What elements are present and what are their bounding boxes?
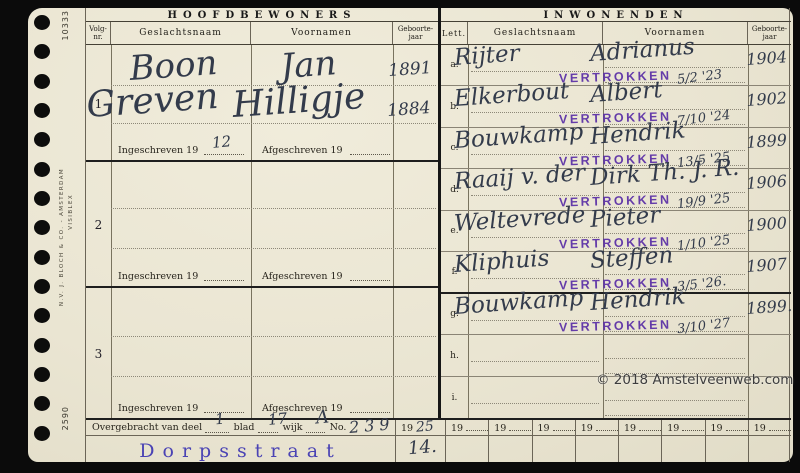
register-card-scan: 10333 N.V. J. BLOCH & CO. - AMSTERDAM VI… xyxy=(28,8,793,462)
dotted-leader xyxy=(509,423,531,431)
punch-hole xyxy=(34,426,50,441)
ingeschreven-leader xyxy=(204,272,244,281)
column-header-geboortejaar: Geboorte-jaar xyxy=(393,22,438,44)
vertrokken-stamp: VERTROKKEN xyxy=(559,318,672,335)
handwritten-departure-date: 5/2 '23 xyxy=(676,67,723,87)
dotted-leader xyxy=(466,423,488,431)
year-cell-empty xyxy=(446,436,489,462)
year-cell: 19 xyxy=(576,420,619,435)
year-cell: 19 xyxy=(619,420,662,435)
handwritten-firstname: Pieter xyxy=(589,202,661,233)
year-cell-empty xyxy=(489,436,532,462)
row-number: 3 xyxy=(86,347,111,361)
handwritten-birthyear: 1902 xyxy=(746,88,788,110)
street-name: Dorpsstraat xyxy=(139,437,341,462)
dotted-rule xyxy=(111,376,436,377)
handwritten-birthyear: 1884 xyxy=(387,98,432,121)
handwritten-firstname: Hendrik xyxy=(589,117,686,150)
year-cell: 19 xyxy=(489,420,532,435)
handwritten-birthyear: 1899. xyxy=(746,296,793,318)
overgebracht-row: Overgebracht van deel 1 blad 17 wijk A N… xyxy=(86,420,791,436)
year-cell-empty xyxy=(619,436,662,462)
year-cell-empty xyxy=(662,436,705,462)
punch-hole-strip xyxy=(34,15,51,441)
inwonenden-title: INWONENDEN xyxy=(441,8,791,22)
column-header-lett: Lett. xyxy=(441,22,468,44)
blad-label: blad xyxy=(234,422,255,433)
year-cell: 19 xyxy=(662,420,705,435)
year-cell-empty xyxy=(533,436,576,462)
punch-hole xyxy=(34,308,50,323)
handwritten-birthyear: 1904 xyxy=(746,47,788,69)
overgebracht-cell: Overgebracht van deel 1 blad 17 wijk A N… xyxy=(86,420,396,435)
punch-hole xyxy=(34,15,50,30)
punch-hole xyxy=(34,279,50,294)
copyright-watermark: © 2018 Amstelveenweb.com xyxy=(596,372,793,388)
dotted-leader xyxy=(682,423,704,431)
punch-hole xyxy=(34,220,50,235)
dotted-rule xyxy=(111,336,436,337)
handwritten-departure-date: 1/10 '25 xyxy=(676,233,731,254)
handwritten-house-register-no: 239 xyxy=(349,414,396,437)
wijk-leader: A xyxy=(306,424,325,433)
inwonenden-section: INWONENDEN Lett. Geslachtsnaam Voornamen… xyxy=(441,8,791,418)
hoofdbewoners-row-2: 2 Ingeschreven 19 Afgeschreven 19 xyxy=(86,162,438,288)
year-cell: 19 xyxy=(706,420,749,435)
punch-hole xyxy=(34,367,50,382)
punch-hole xyxy=(34,162,50,177)
dotted-rule xyxy=(471,403,599,404)
deel-leader: 1 xyxy=(205,424,229,433)
column-header-geboortejaar: Geboorte-jaar xyxy=(748,22,791,44)
year-cell-empty xyxy=(749,436,791,462)
year-cell: 19 xyxy=(446,420,489,435)
handwritten-birthyear: 1900 xyxy=(746,213,788,235)
street-row: Dorpsstraat 14. xyxy=(86,436,791,462)
year-cell-empty xyxy=(576,436,619,462)
punch-hole xyxy=(34,338,50,353)
handwritten-birthyear: 1891 xyxy=(388,58,433,81)
punch-hole xyxy=(34,132,50,147)
year-cell-first: 1925 xyxy=(396,420,446,435)
handwritten-birthyear: 1899 xyxy=(746,130,788,152)
hoofdbewoners-column-headers: Volg-nr. Geslachtsnaam Voornamen Geboort… xyxy=(86,22,438,45)
blad-leader: 17 xyxy=(258,424,278,433)
punch-hole xyxy=(34,44,50,59)
handwritten-house-number: 14. xyxy=(407,436,437,459)
dotted-leader xyxy=(769,423,791,431)
row-letter: i. xyxy=(441,393,468,403)
handwritten-surname: Greven xyxy=(85,76,220,126)
afgeschreven-leader xyxy=(350,272,390,281)
row-letter: h. xyxy=(441,351,468,361)
afgeschreven-leader xyxy=(350,146,390,155)
handwritten-firstname: Hendrik xyxy=(589,283,686,316)
ingeschreven-label: Ingeschreven 19 xyxy=(118,403,198,414)
inwonenden-row-g: g. Bouwkamp Hendrik 1899. VERTROKKEN3/10… xyxy=(441,294,791,335)
handwritten-birthyear: 1907 xyxy=(746,254,788,276)
handwritten-surname: Rijter xyxy=(453,40,520,71)
punch-hole xyxy=(34,250,50,265)
dotted-rule xyxy=(605,358,745,359)
punch-hole xyxy=(34,396,50,411)
brand-visiblex-text: VISIBLEX xyxy=(68,194,74,230)
year-label: 19 xyxy=(401,423,413,434)
punch-hole xyxy=(34,191,50,206)
hoofdbewoners-section: HOOFDBEWONERS Volg-nr. Geslachtsnaam Voo… xyxy=(86,8,438,418)
handwritten-firstname: Hilligje xyxy=(231,76,367,126)
hoofdbewoners-row-1: 1 Boon Jan 1891 Greven Hilligje 1884 Ing… xyxy=(86,45,438,162)
hoofdbewoners-title: HOOFDBEWONERS xyxy=(86,8,438,22)
register-table: HOOFDBEWONERS Volg-nr. Geslachtsnaam Voo… xyxy=(85,8,790,462)
dotted-rule xyxy=(471,361,599,362)
dotted-rule xyxy=(605,415,745,416)
vertrokken-stamp-line: VERTROKKEN3/10 '27 xyxy=(559,315,730,334)
dotted-rule xyxy=(111,208,436,209)
ingeschreven-label: Ingeschreven 19 xyxy=(118,271,198,282)
row-number: 2 xyxy=(86,218,111,232)
manufacturer-text: N.V. J. BLOCH & CO. - AMSTERDAM xyxy=(59,168,65,306)
handwritten-departure-date: 19/9 '25 xyxy=(676,191,731,212)
handwritten-deel: 1 xyxy=(214,410,225,429)
handwritten-birthyear: 1906 xyxy=(746,171,788,193)
column-header-voornamen: Voornamen xyxy=(251,22,393,44)
overgebracht-label: Overgebracht van deel xyxy=(92,422,202,433)
handwritten-firstname: Albert xyxy=(589,77,663,108)
handwritten-blad: 17 xyxy=(267,409,288,429)
ingeschreven-leader: 12 xyxy=(204,146,244,155)
column-header-geslachtsnaam: Geslachtsnaam xyxy=(111,22,251,44)
hoofdbewoners-row-3: 3 Ingeschreven 19 Afgeschreven 19 xyxy=(86,288,438,418)
dotted-leader xyxy=(596,423,618,431)
column-header-geslachtsnaam: Geslachtsnaam xyxy=(468,22,603,44)
column-header-volgnr: Volg-nr. xyxy=(86,22,111,44)
punch-hole xyxy=(34,74,50,89)
punch-hole xyxy=(34,103,50,118)
no-label: No. xyxy=(330,422,347,433)
card-serial-top: 10333 xyxy=(61,10,70,40)
afgeschreven-label: Afgeschreven 19 xyxy=(262,145,343,156)
handwritten-surname: Kliphuis xyxy=(453,245,550,278)
dotted-leader xyxy=(726,423,748,431)
dotted-rule xyxy=(605,400,745,401)
handwritten-departure-date: 3/10 '27 xyxy=(676,316,731,337)
year-cell-empty xyxy=(706,436,749,462)
house-number-cell: 14. xyxy=(396,436,446,462)
afgeschreven-leader xyxy=(350,404,390,413)
dotted-leader xyxy=(639,423,661,431)
inwonenden-row-h: h. xyxy=(441,335,791,377)
bottom-strip: Overgebracht van deel 1 blad 17 wijk A N… xyxy=(86,418,791,462)
handwritten-year-25: 25 xyxy=(415,418,434,435)
card-serial-bottom: 2590 xyxy=(61,406,70,430)
year-cell: 19 xyxy=(749,420,791,435)
ingeschreven-label: Ingeschreven 19 xyxy=(118,145,198,156)
handwritten-firstname: Steffen xyxy=(589,242,674,274)
street-cell: Dorpsstraat xyxy=(86,436,396,462)
handwritten-wijk: A xyxy=(315,406,330,428)
dotted-rule xyxy=(111,248,436,249)
handwritten-ingeschreven-year: 12 xyxy=(211,132,232,152)
afgeschreven-label: Afgeschreven 19 xyxy=(262,271,343,282)
dotted-leader xyxy=(553,423,575,431)
year-cell: 19 xyxy=(533,420,576,435)
